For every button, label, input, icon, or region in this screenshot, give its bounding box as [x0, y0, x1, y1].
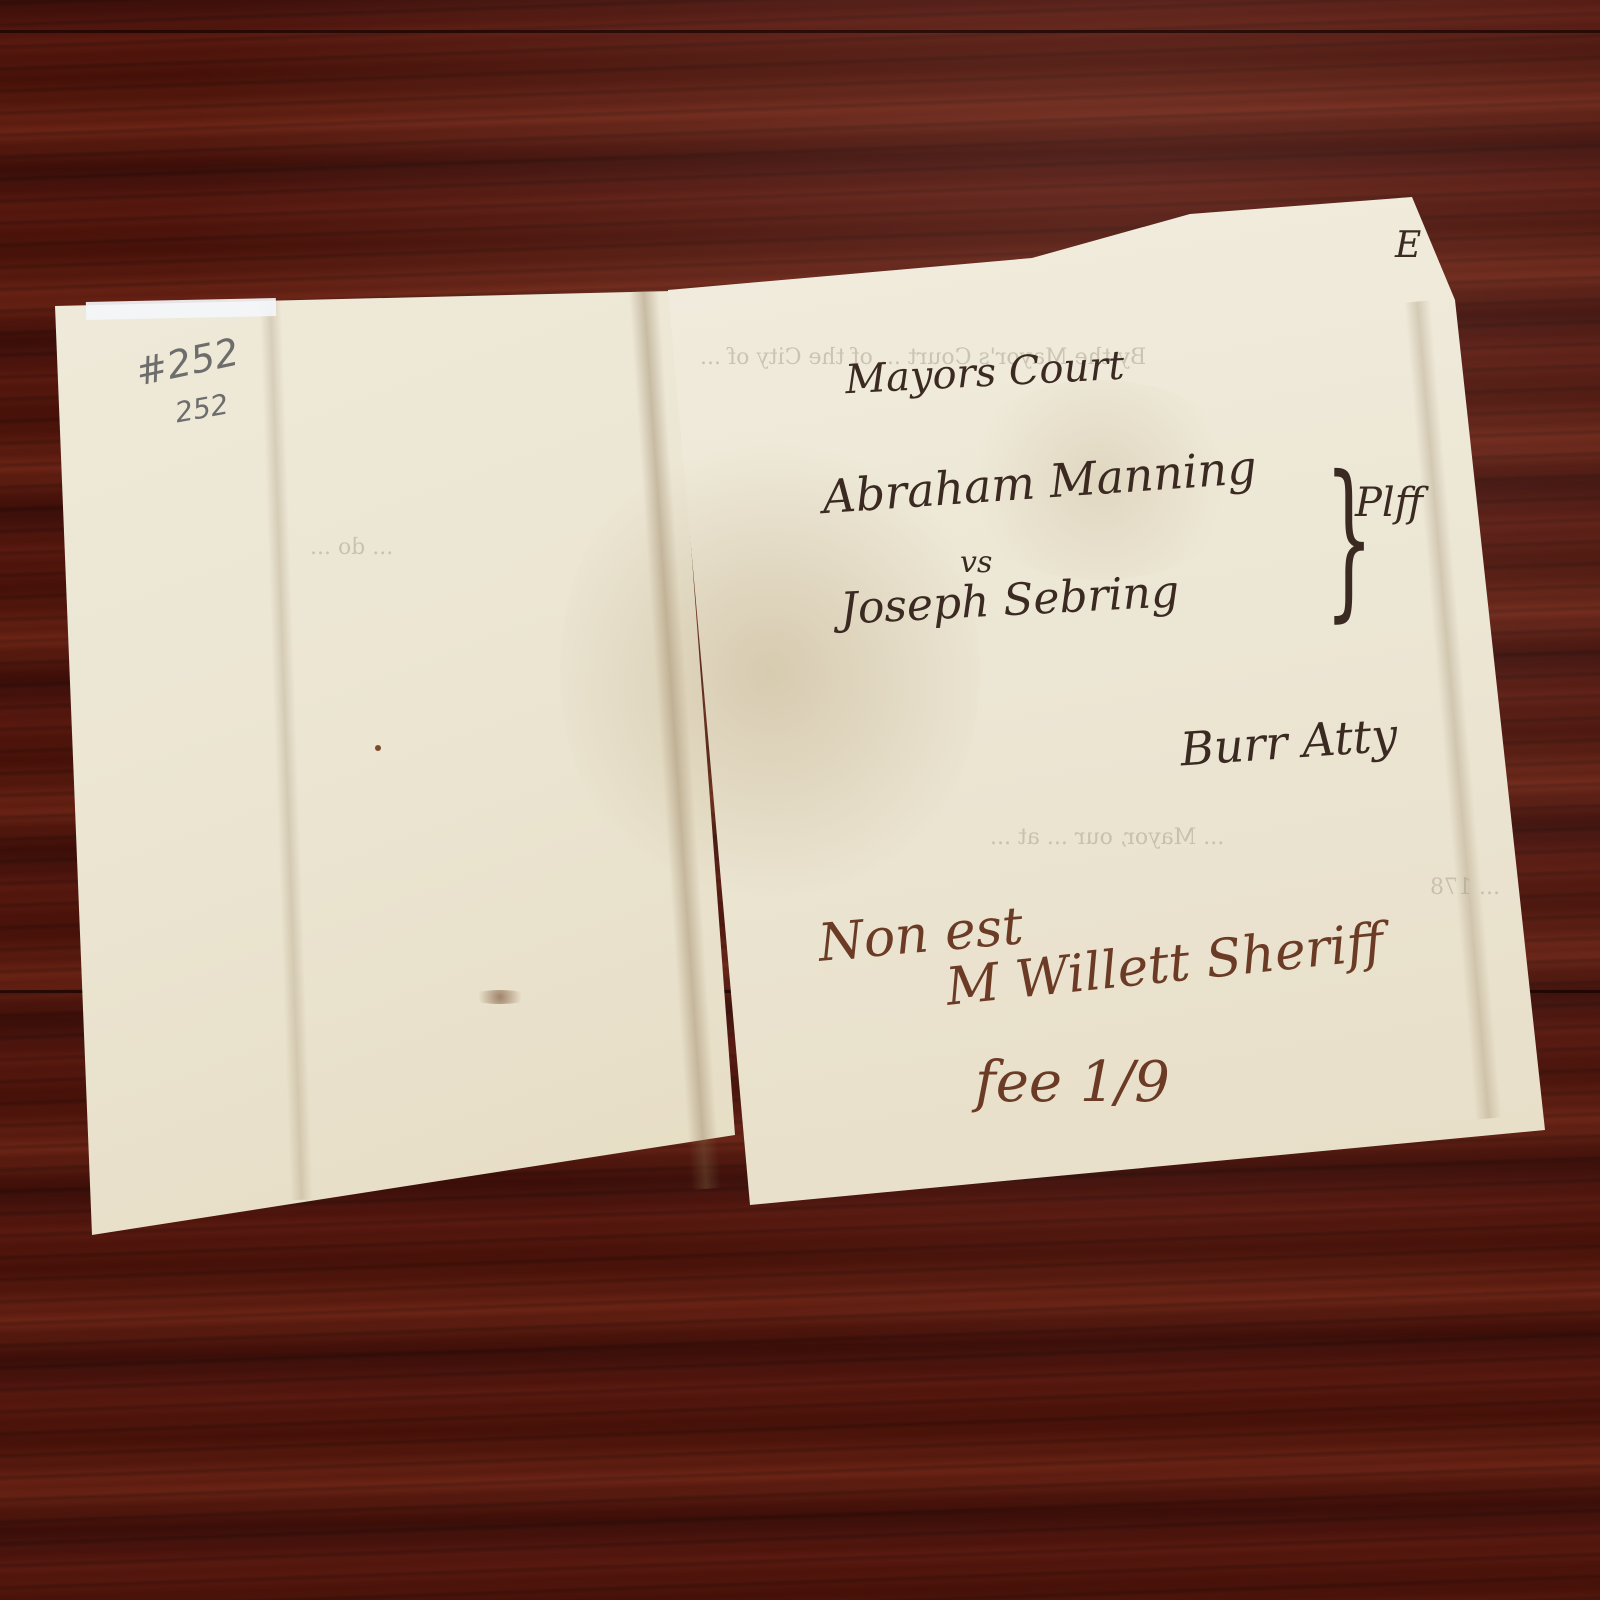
ink-smudge	[470, 990, 530, 1004]
corner-mark: E	[1395, 225, 1421, 266]
case-brace: }	[1325, 440, 1374, 638]
plank-seam	[0, 30, 1600, 33]
bleed-through-line: ... 178	[1430, 875, 1500, 900]
bleed-through-line: ... Mayor, our ... at ...	[990, 825, 1224, 850]
ink-speck	[375, 745, 381, 751]
versus-label: vs	[960, 545, 992, 580]
plaintiff-role-label: Plff	[1355, 480, 1423, 526]
fee-note: fee 1/9	[975, 1050, 1170, 1115]
bleed-through-line: ... do ...	[310, 535, 393, 560]
